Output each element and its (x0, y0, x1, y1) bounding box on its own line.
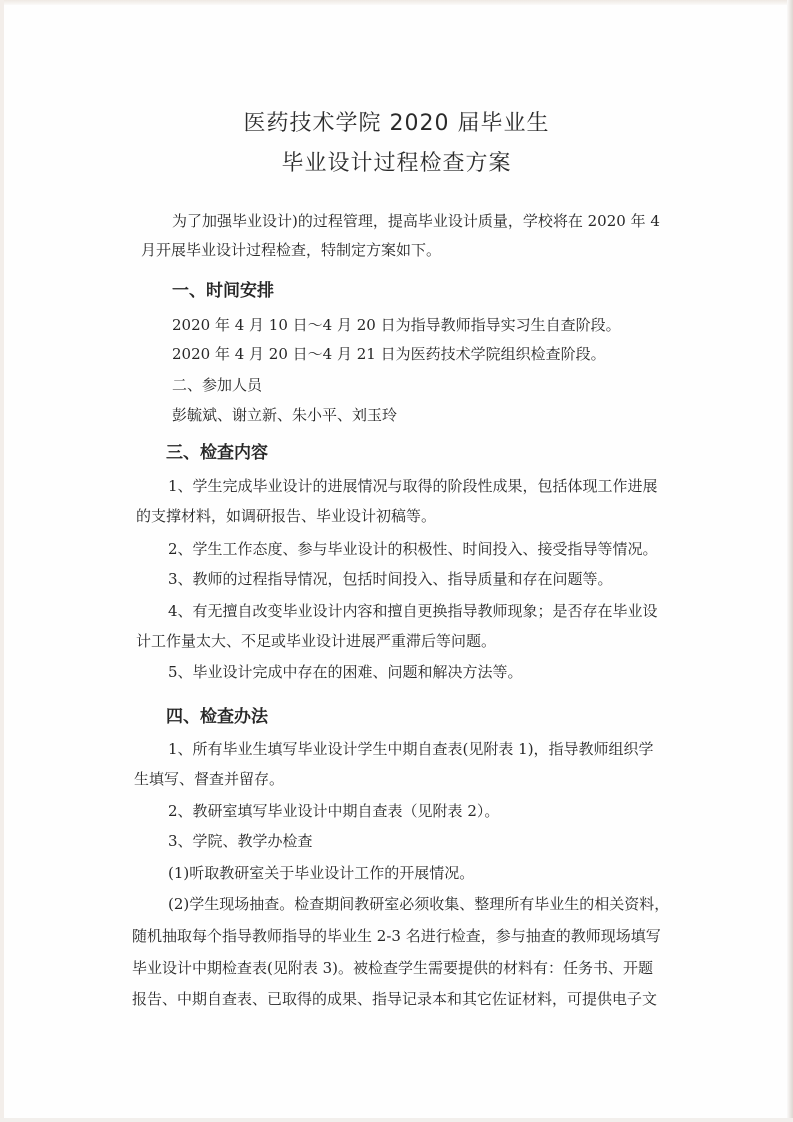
section-heading-method: 四、检查办法 (166, 702, 268, 727)
content-line: 1、学生完成毕业设计的进展情况与取得的阶段性成果，包括体现工作进展 (168, 475, 658, 496)
section-heading-participants: 二、参加人员 (172, 374, 262, 395)
content-line: 的支撑材料，如调研报告、毕业设计初稿等。 (136, 505, 436, 526)
section-heading-schedule: 一、时间安排 (172, 276, 274, 301)
content-line: 3、教师的过程指导情况，包括时间投入、指导质量和存在问题等。 (168, 568, 613, 589)
content-line: 计工作量太大、不足或毕业设计进展严重滞后等问题。 (136, 630, 496, 651)
method-line: 2、教研室填写毕业设计中期自查表（见附表 2）。 (168, 800, 499, 821)
scan-edge-bottom (0, 1118, 793, 1122)
method-line: 1、所有毕业生填写毕业设计学生中期自查表(见附表 1)，指导教师组织学 (168, 738, 654, 759)
method-line: 报告、中期自查表、已取得的成果、指导记录本和其它佐证材料，可提供电子文 (132, 988, 657, 1009)
schedule-item-1: 2020 年 4 月 10 日～4 月 20 日为指导教师指导实习生自查阶段。 (172, 314, 621, 335)
participants-list: 彭毓斌、谢立新、朱小平、刘玉玲 (172, 404, 397, 425)
method-line: 毕业设计中期检查表(见附表 3)。被检查学生需要提供的材料有：任务书、开题 (132, 957, 653, 978)
content-line: 5、毕业设计完成中存在的困难、问题和解决方法等。 (168, 661, 523, 682)
method-line: 3、学院、教学办检查 (168, 830, 313, 851)
intro-line-2: 月开展毕业设计过程检查，特制定方案如下。 (141, 239, 441, 260)
method-line: (2)学生现场抽查。检查期间教研室必须收集、整理所有毕业生的相关资料， (168, 893, 669, 914)
scan-edge-top (0, 0, 793, 5)
method-line: (1)听取教研室关于毕业设计工作的开展情况。 (168, 862, 474, 883)
section-heading-content: 三、检查内容 (166, 438, 268, 463)
content-line: 2、学生工作态度、参与毕业设计的积极性、时间投入、接受指导等情况。 (168, 538, 658, 559)
method-line: 生填写、督查并留存。 (134, 768, 284, 789)
intro-line-1: 为了加强毕业设计)的过程管理，提高毕业设计质量，学校将在 2020 年 4 (172, 210, 660, 231)
method-line: 随机抽取每个指导教师指导的毕业生 2-3 名进行检查，参与抽查的教师现场填写 (132, 925, 661, 946)
schedule-item-2: 2020 年 4 月 20 日～4 月 21 日为医药技术学院组织检查阶段。 (172, 343, 606, 364)
content-line: 4、有无擅自改变毕业设计内容和擅自更换指导教师现象；是否存在毕业设 (168, 600, 658, 621)
document-subtitle: 毕业设计过程检查方案 (0, 146, 793, 177)
document-title: 医药技术学院 2020 届毕业生 (0, 106, 793, 137)
